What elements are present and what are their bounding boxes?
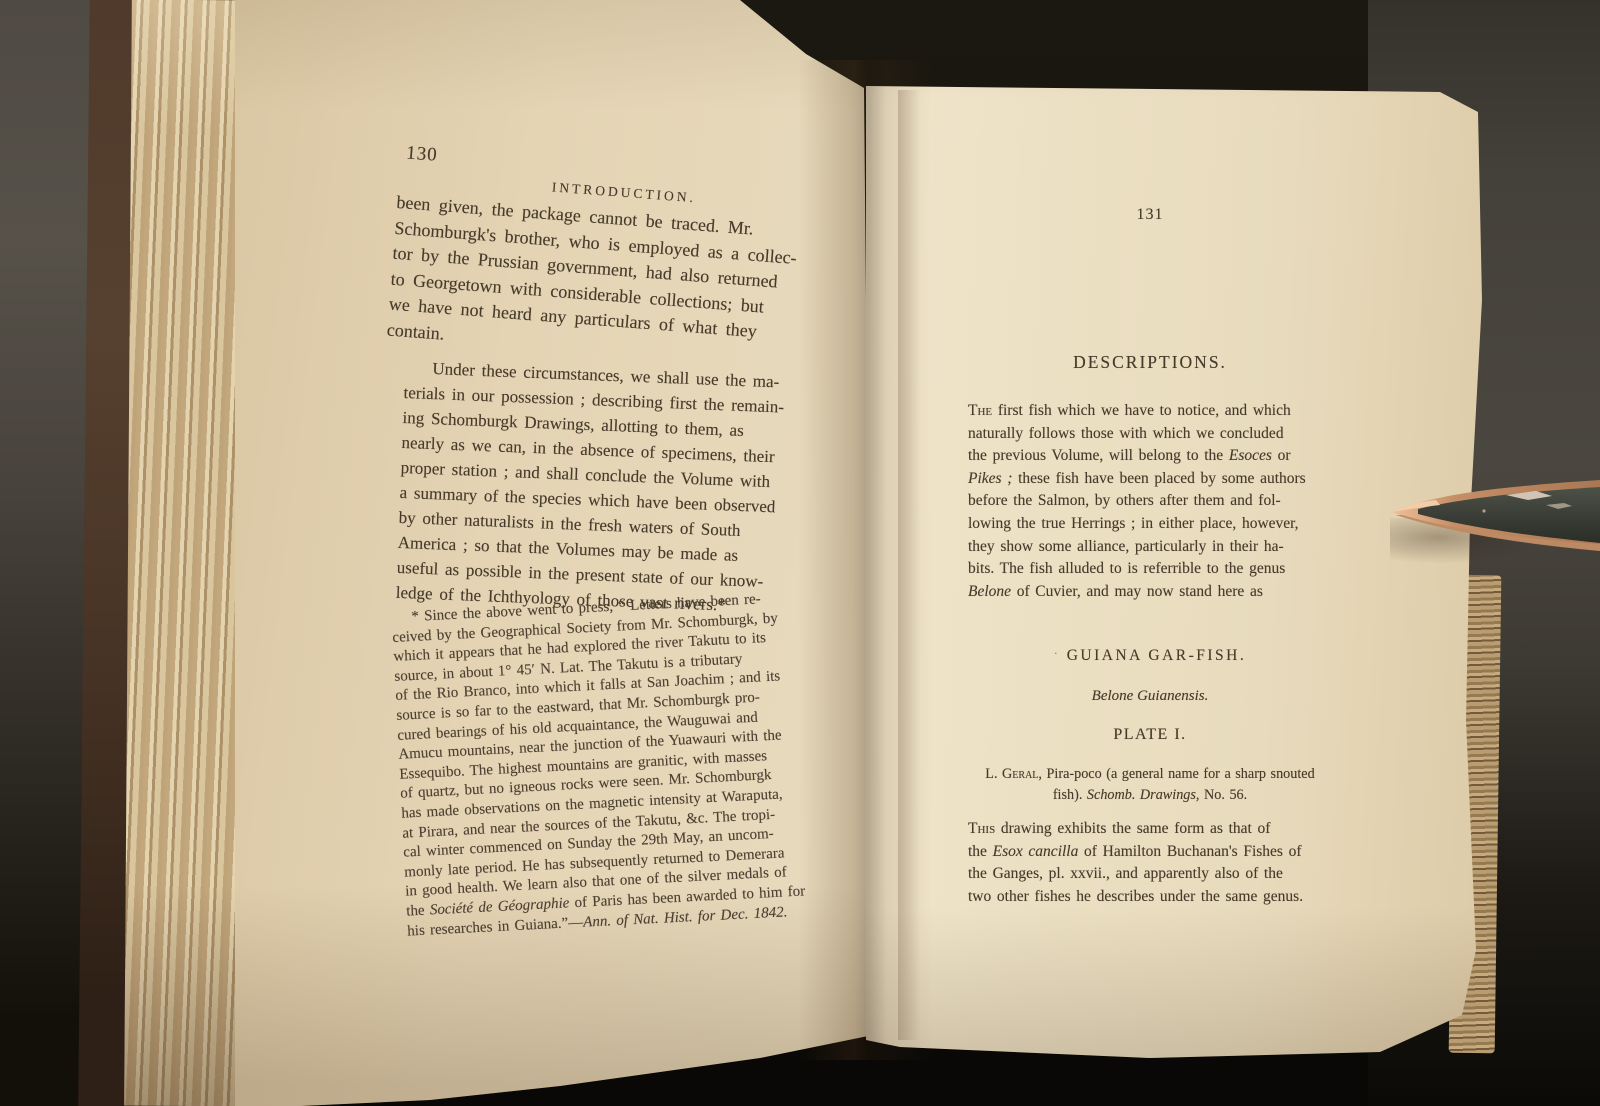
italic-term: Esoces: [1229, 447, 1272, 464]
citation-line: L. Geral, Pira-poco (a general name for …: [940, 764, 1360, 785]
text-line: lowing the true Herrings ; in either pla…: [968, 513, 1348, 536]
text-line: the Ganges, pl. xxvii., and apparently a…: [968, 863, 1348, 886]
text-line: the Esox cancilla of Hamilton Buchanan's…: [968, 841, 1348, 864]
italic-term: Belone: [968, 583, 1011, 600]
paragraph: The first fish which we have to notice, …: [968, 400, 1348, 603]
text-run: first fish which we have to notice, and …: [992, 402, 1291, 419]
text-line: Belone of Cuvier, and may now stand here…: [968, 581, 1348, 604]
lead-smallcaps: The: [968, 402, 992, 419]
text-run: or: [1272, 447, 1291, 464]
italic-term: Esox cancilla: [993, 843, 1079, 860]
text-run: of Hamilton Buchanan's Fishes of: [1078, 843, 1301, 860]
italic-term: Schomb. Drawings,: [1087, 787, 1200, 803]
species-latin-name: Belone Guianensis.: [930, 688, 1370, 705]
text-line: Pikes ; these fish have been placed by s…: [968, 468, 1348, 491]
printer-mark: ·: [1054, 646, 1058, 660]
plate-heading: PLATE I.: [930, 726, 1370, 744]
text-line: the previous Volume, will belong to the …: [968, 445, 1348, 468]
citation-line: fish). Schomb. Drawings, No. 56.: [940, 785, 1360, 806]
text-line: This drawing exhibits the same form as t…: [968, 818, 1348, 841]
footnote: * Since the above went to press, “ Lette…: [391, 585, 877, 941]
text-run: the previous Volume, will belong to the: [968, 447, 1229, 464]
text-run: No. 56.: [1199, 787, 1247, 803]
text-run: drawing exhibits the same form as that o…: [995, 820, 1270, 837]
species-title-text: GUIANA GAR-FISH.: [1067, 647, 1247, 664]
paragraph: This drawing exhibits the same form as t…: [968, 818, 1348, 908]
text-line: The first fish which we have to notice, …: [968, 400, 1348, 423]
lead-smallcaps: L. Geral,: [985, 766, 1042, 782]
text-line: naturally follows those with which we co…: [968, 423, 1348, 446]
pen: [1388, 455, 1600, 565]
page-number: 131: [930, 206, 1370, 224]
text-line: they show some alliance, particularly in…: [968, 536, 1348, 559]
text-run: Pira-poco (a general name for a sharp sn…: [1042, 766, 1315, 782]
text-line: before the Salmon, by others after them …: [968, 490, 1348, 513]
text-run: fish).: [1053, 787, 1087, 803]
text-line: bits. The fish alluded to is referrible …: [968, 558, 1348, 581]
lead-smallcaps: This: [968, 820, 995, 837]
species-title: ·GUIANA GAR-FISH.: [930, 646, 1370, 665]
text-run: the: [968, 843, 993, 860]
citation: L. Geral, Pira-poco (a general name for …: [940, 764, 1360, 806]
text-run: of Cuvier, and may now stand here as: [1011, 583, 1263, 600]
text-line: two other fishes he describes under the …: [968, 886, 1348, 909]
right-page-content: 131 DESCRIPTIONS. The first fish which w…: [930, 200, 1370, 960]
text-run: these fish have been placed by some auth…: [1012, 470, 1305, 487]
pen-speck: [1482, 509, 1485, 512]
left-page-upper-block: 130 INTRODUCTION. been given, the packag…: [386, 143, 852, 376]
italic-term: Pikes ;: [968, 470, 1012, 487]
paragraph: Under these circumstances, we shall use …: [395, 355, 856, 622]
footnote-lines: * Since the above went to press, “ Lette…: [391, 585, 875, 902]
section-heading: DESCRIPTIONS.: [930, 352, 1370, 373]
right-page-crease: [898, 90, 920, 1040]
footnote-text: the: [406, 902, 430, 919]
paragraph: been given, the package cannot be traced…: [386, 190, 848, 376]
left-page-content: 130 INTRODUCTION. been given, the packag…: [393, 137, 873, 1017]
